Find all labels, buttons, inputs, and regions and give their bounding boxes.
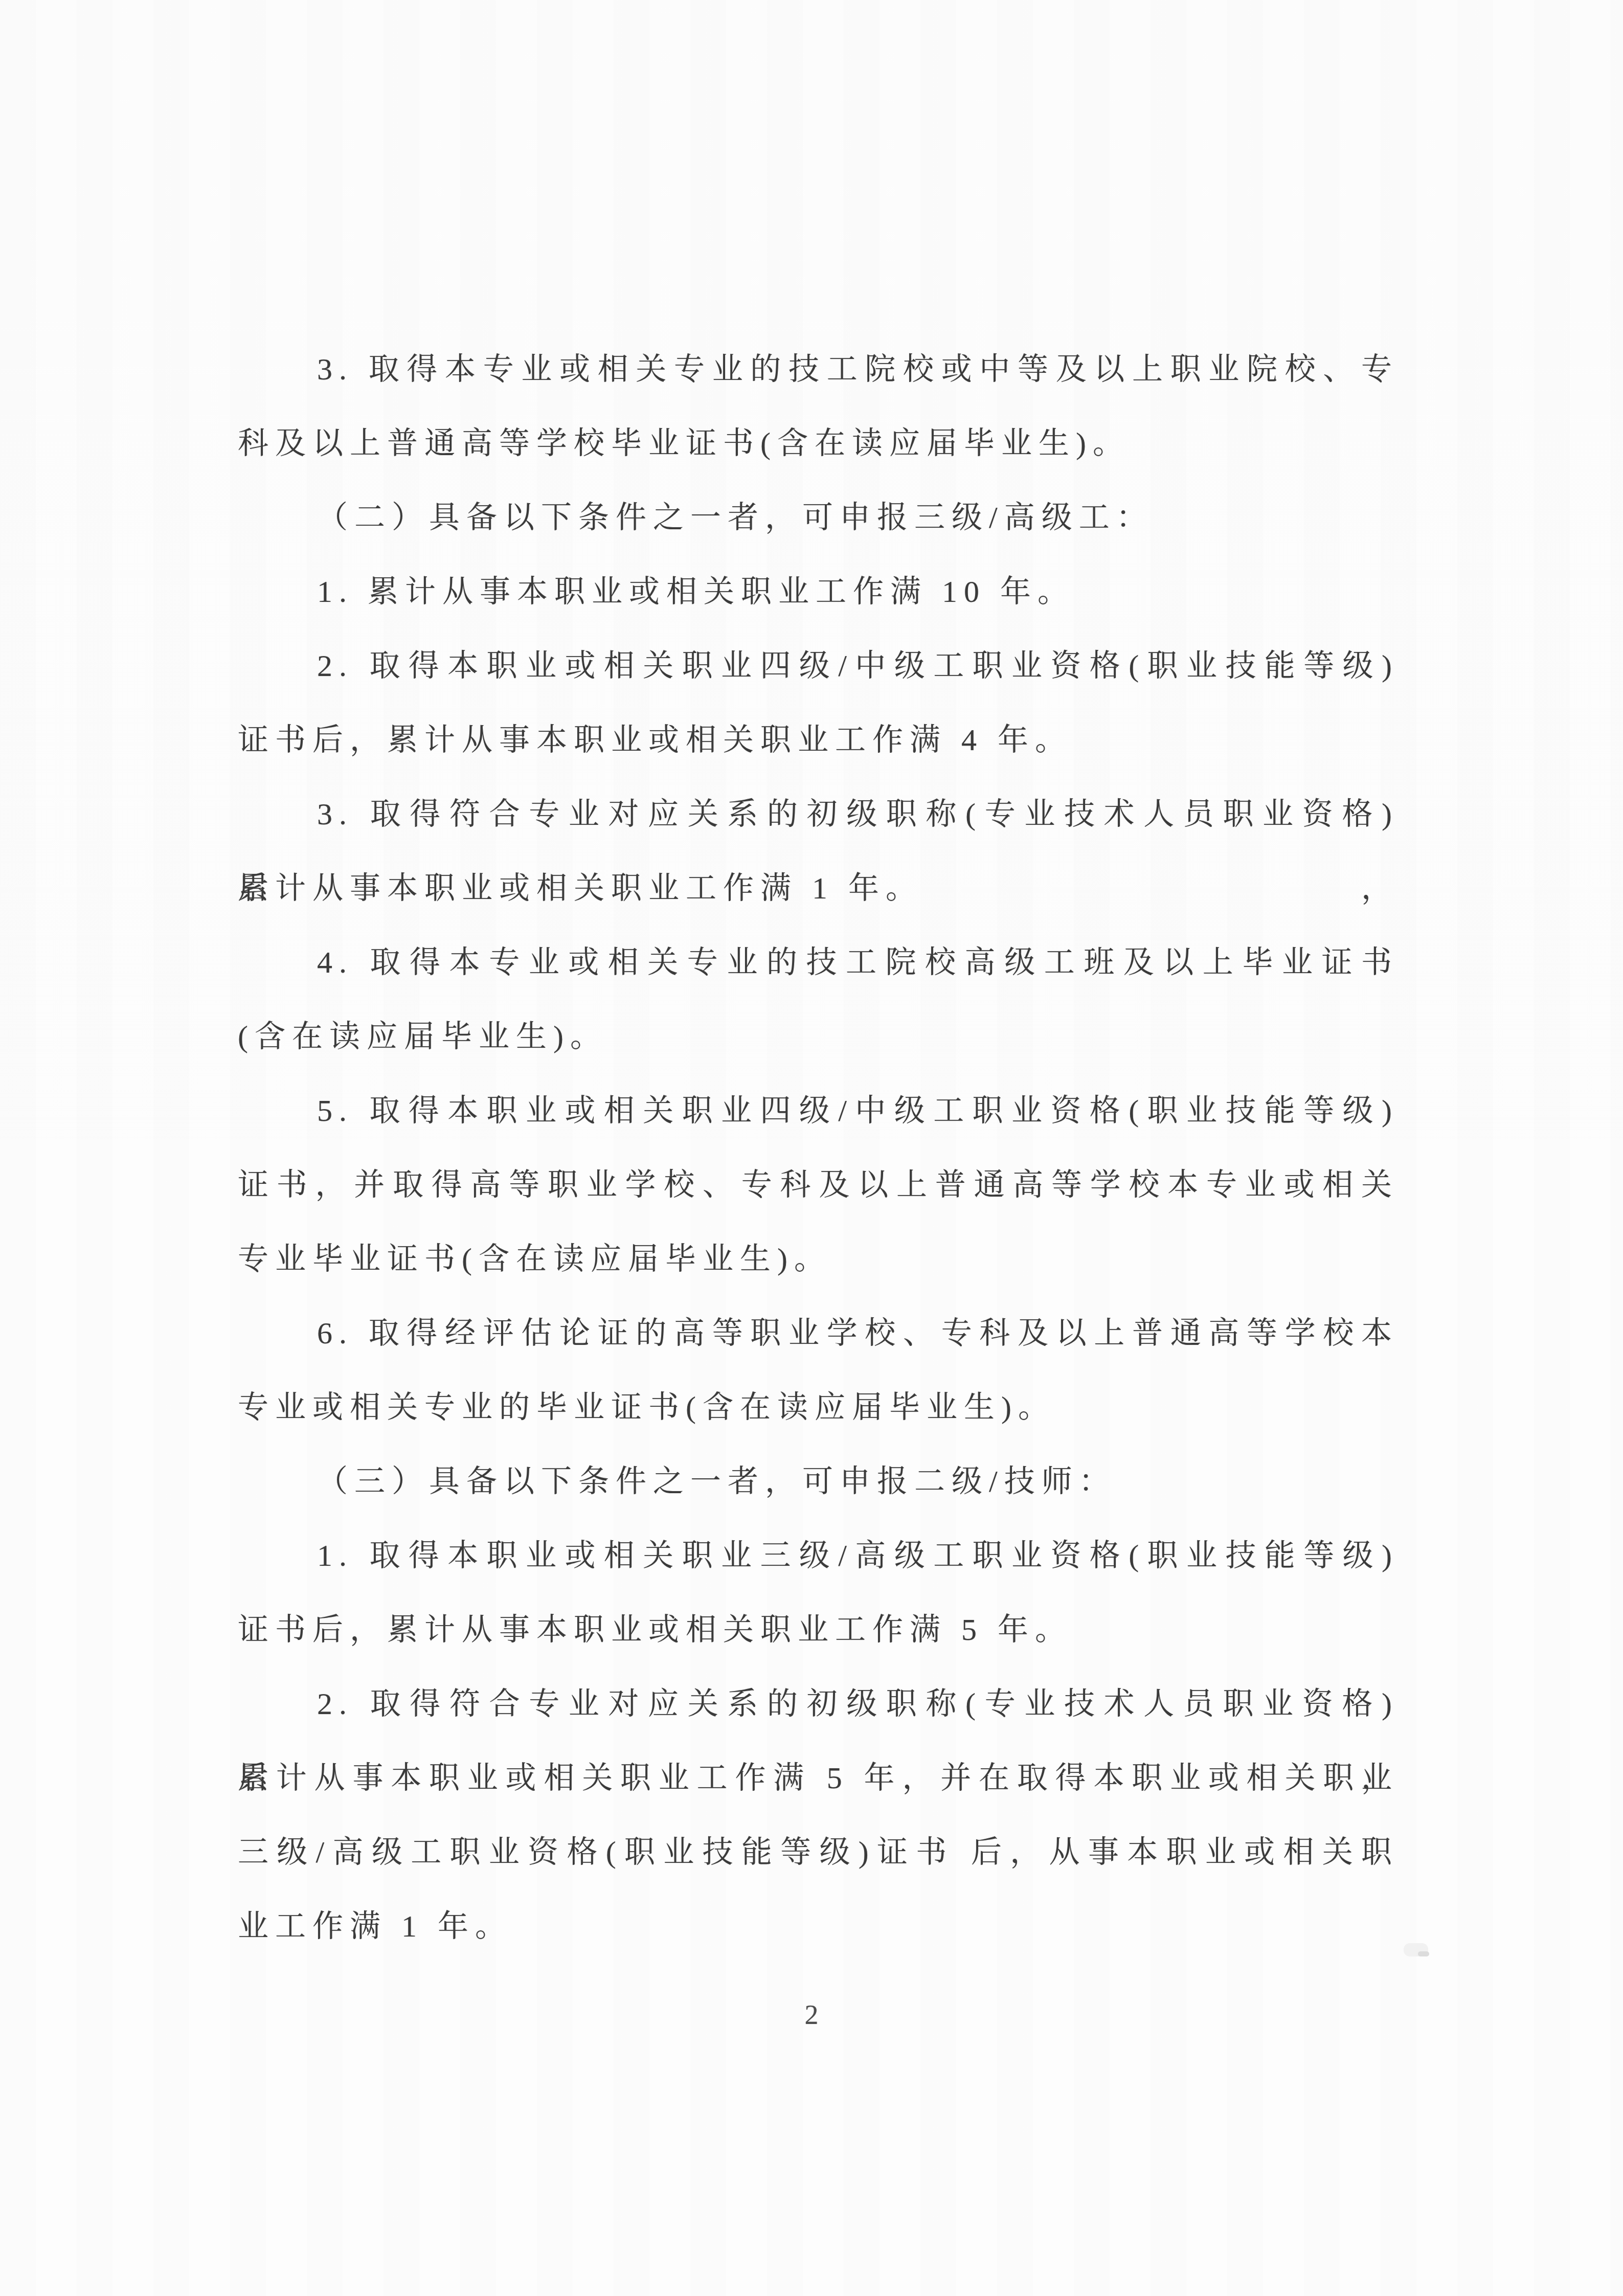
text-line: 证书，并取得高等职业学校、专科及以上普通高等学校本专业或相关 [238,1148,1399,1222]
text-line: 2. 取得符合专业对应关系的初级职称(专业技术人员职业资格)后， [238,1667,1399,1741]
text-line: 证书后，累计从事本职业或相关职业工作满 5 年。 [238,1593,1399,1667]
text-line: 累计从事本职业或相关职业工作满 5 年，并在取得本职业或相关职业 [238,1741,1399,1815]
document-page: 3. 取得本专业或相关专业的技工院校或中等及以上职业院校、专 科及以上普通高等学… [0,0,1623,2296]
document-body-text: 3. 取得本专业或相关专业的技工院校或中等及以上职业院校、专 科及以上普通高等学… [238,332,1399,1964]
scan-smudge-artifact [1404,1943,1428,1956]
text-line: 证书后，累计从事本职业或相关职业工作满 4 年。 [238,703,1399,777]
text-line: 科及以上普通高等学校毕业证书(含在读应届毕业生)。 [238,407,1399,481]
text-line: 1. 累计从事本职业或相关职业工作满 10 年。 [238,555,1399,629]
text-line: 5. 取得本职业或相关职业四级/中级工职业资格(职业技能等级) [238,1074,1399,1148]
text-line: 三级/高级工职业资格(职业技能等级)证书 后，从事本职业或相关职 [238,1815,1399,1889]
text-line: 1. 取得本职业或相关职业三级/高级工职业资格(职业技能等级) [238,1519,1399,1593]
page-number: 2 [0,1994,1623,2035]
text-line: 2. 取得本职业或相关职业四级/中级工职业资格(职业技能等级) [238,629,1399,703]
section-heading-line: （二）具备以下条件之一者，可申报三级/高级工： [238,481,1399,555]
text-line: (含在读应届毕业生)。 [238,1000,1399,1074]
section-heading-line: （三）具备以下条件之一者，可申报二级/技师： [238,1445,1399,1519]
text-line: 专业或相关专业的毕业证书(含在读应届毕业生)。 [238,1370,1399,1445]
text-line: 6. 取得经评估论证的高等职业学校、专科及以上普通高等学校本 [238,1296,1399,1370]
text-line: 4. 取得本专业或相关专业的技工院校高级工班及以上毕业证书 [238,926,1399,1000]
text-line: 3. 取得符合专业对应关系的初级职称(专业技术人员职业资格)后， [238,777,1399,851]
text-line: 专业毕业证书(含在读应届毕业生)。 [238,1222,1399,1296]
text-line: 业工作满 1 年。 [238,1889,1399,1964]
text-line: 3. 取得本专业或相关专业的技工院校或中等及以上职业院校、专 [238,332,1399,407]
